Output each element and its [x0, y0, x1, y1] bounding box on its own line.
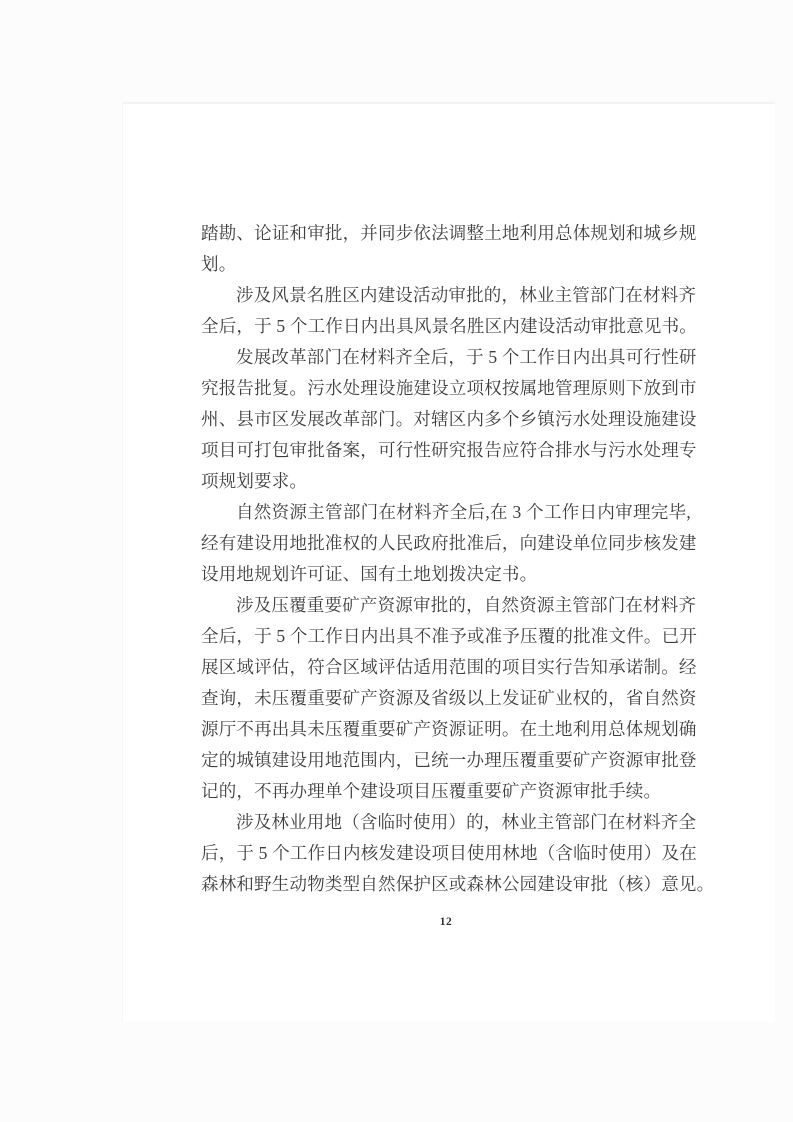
text-line: 发展改革部门在材料齐全后，于 5 个工作日内出具可行性研	[201, 342, 691, 373]
text-line: 划。	[201, 249, 691, 280]
text-line: 全后，于 5 个工作日内出具风景名胜区内建设活动审批意见书。	[201, 311, 691, 342]
text-line: 定的城镇建设用地范围内，已统一办理压覆重要矿产资源审批登	[201, 745, 691, 776]
text-line: 源厅不再出具未压覆重要矿产资源证明。在土地利用总体规划确	[201, 714, 691, 745]
paragraph: 涉及林业用地（含临时使用）的，林业主管部门在材料齐全后，于 5 个工作日内核发建…	[201, 807, 691, 900]
text-line: 设用地规划许可证、国有土地划拨决定书。	[201, 559, 691, 590]
document-viewer: 踏勘、论证和审批，并同步依法调整土地利用总体规划和城乡规划。涉及风景名胜区内建设…	[0, 0, 793, 1122]
paragraph: 发展改革部门在材料齐全后，于 5 个工作日内出具可行性研究报告批复。污水处理设施…	[201, 342, 691, 497]
text-line: 展区域评估，符合区域评估适用范围的项目实行告知承诺制。经	[201, 652, 691, 683]
text-line: 涉及压覆重要矿产资源审批的，自然资源主管部门在材料齐	[201, 590, 691, 621]
text-line: 踏勘、论证和审批，并同步依法调整土地利用总体规划和城乡规	[201, 218, 691, 249]
text-line: 项目可打包审批备案，可行性研究报告应符合排水与污水处理专	[201, 435, 691, 466]
text-line: 森林和野生动物类型自然保护区或森林公园建设审批（核）意见。	[201, 869, 691, 900]
text-line: 后，于 5 个工作日内核发建设项目使用林地（含临时使用）及在	[201, 838, 691, 869]
paragraph: 自然资源主管部门在材料齐全后,在 3 个工作日内审理完毕,经有建设用地批准权的人…	[201, 497, 691, 590]
text-line: 究报告批复。污水处理设施建设立项权按属地管理原则下放到市	[201, 373, 691, 404]
text-line: 自然资源主管部门在材料齐全后,在 3 个工作日内审理完毕,	[201, 497, 691, 528]
text-line: 涉及林业用地（含临时使用）的，林业主管部门在材料齐全	[201, 807, 691, 838]
paragraph: 涉及风景名胜区内建设活动审批的，林业主管部门在材料齐全后，于 5 个工作日内出具…	[201, 280, 691, 342]
text-line: 项规划要求。	[201, 466, 691, 497]
document-page: 踏勘、论证和审批，并同步依法调整土地利用总体规划和城乡规划。涉及风景名胜区内建设…	[122, 102, 775, 1022]
text-line: 经有建设用地批准权的人民政府批准后，向建设单位同步核发建	[201, 528, 691, 559]
paragraph: 踏勘、论证和审批，并同步依法调整土地利用总体规划和城乡规划。	[201, 218, 691, 280]
text-line: 全后，于 5 个工作日内出具不准予或准予压覆的批准文件。已开	[201, 621, 691, 652]
text-line: 州、县市区发展改革部门。对辖区内多个乡镇污水处理设施建设	[201, 404, 691, 435]
text-line: 记的，不再办理单个建设项目压覆重要矿产资源审批手续。	[201, 776, 691, 807]
page-number: 12	[201, 916, 691, 928]
paragraph: 涉及压覆重要矿产资源审批的，自然资源主管部门在材料齐全后，于 5 个工作日内出具…	[201, 590, 691, 807]
text-line: 查询，未压覆重要矿产资源及省级以上发证矿业权的，省自然资	[201, 683, 691, 714]
document-body: 踏勘、论证和审批，并同步依法调整土地利用总体规划和城乡规划。涉及风景名胜区内建设…	[201, 218, 691, 900]
text-line: 涉及风景名胜区内建设活动审批的，林业主管部门在材料齐	[201, 280, 691, 311]
